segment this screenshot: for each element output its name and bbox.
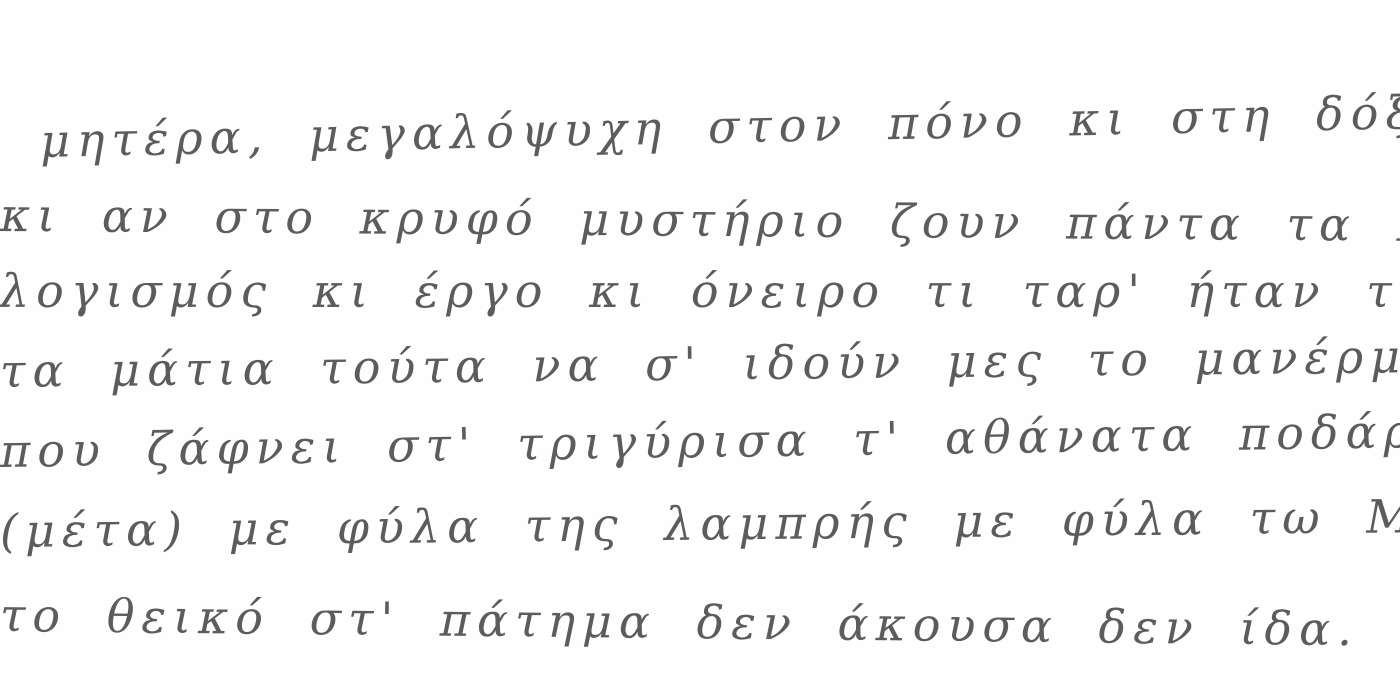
manuscript-line-4: τα μάτια τούτα να σ' ιδούν μες το μανέρμ… bbox=[0, 330, 1400, 394]
manuscript-line-1: μητέρα, μεγαλόψυχη στον πόνο κι στη δόξα bbox=[40, 88, 1400, 164]
manuscript-line-6: (μέτα) με φύλα της λαμπρής με φύλα τω Μα… bbox=[0, 491, 1400, 554]
manuscript-line-5: που ζάφνει στ' τριγύρισα τ' αθάνατα ποδά… bbox=[0, 407, 1400, 474]
manuscript-page: μητέρα, μεγαλόψυχη στον πόνο κι στη δόξα… bbox=[0, 0, 1400, 700]
manuscript-line-7: το θεικό στ' πάτημα δεν άκουσα δεν ίδα. bbox=[0, 592, 1359, 652]
manuscript-line-3: λογισμός κι έργο κι όνειρο τι ταρ' ήταν … bbox=[0, 268, 1400, 314]
manuscript-line-2: κι αν στο κρυφό μυστήριο ζουν πάντα τα π… bbox=[0, 192, 1400, 249]
